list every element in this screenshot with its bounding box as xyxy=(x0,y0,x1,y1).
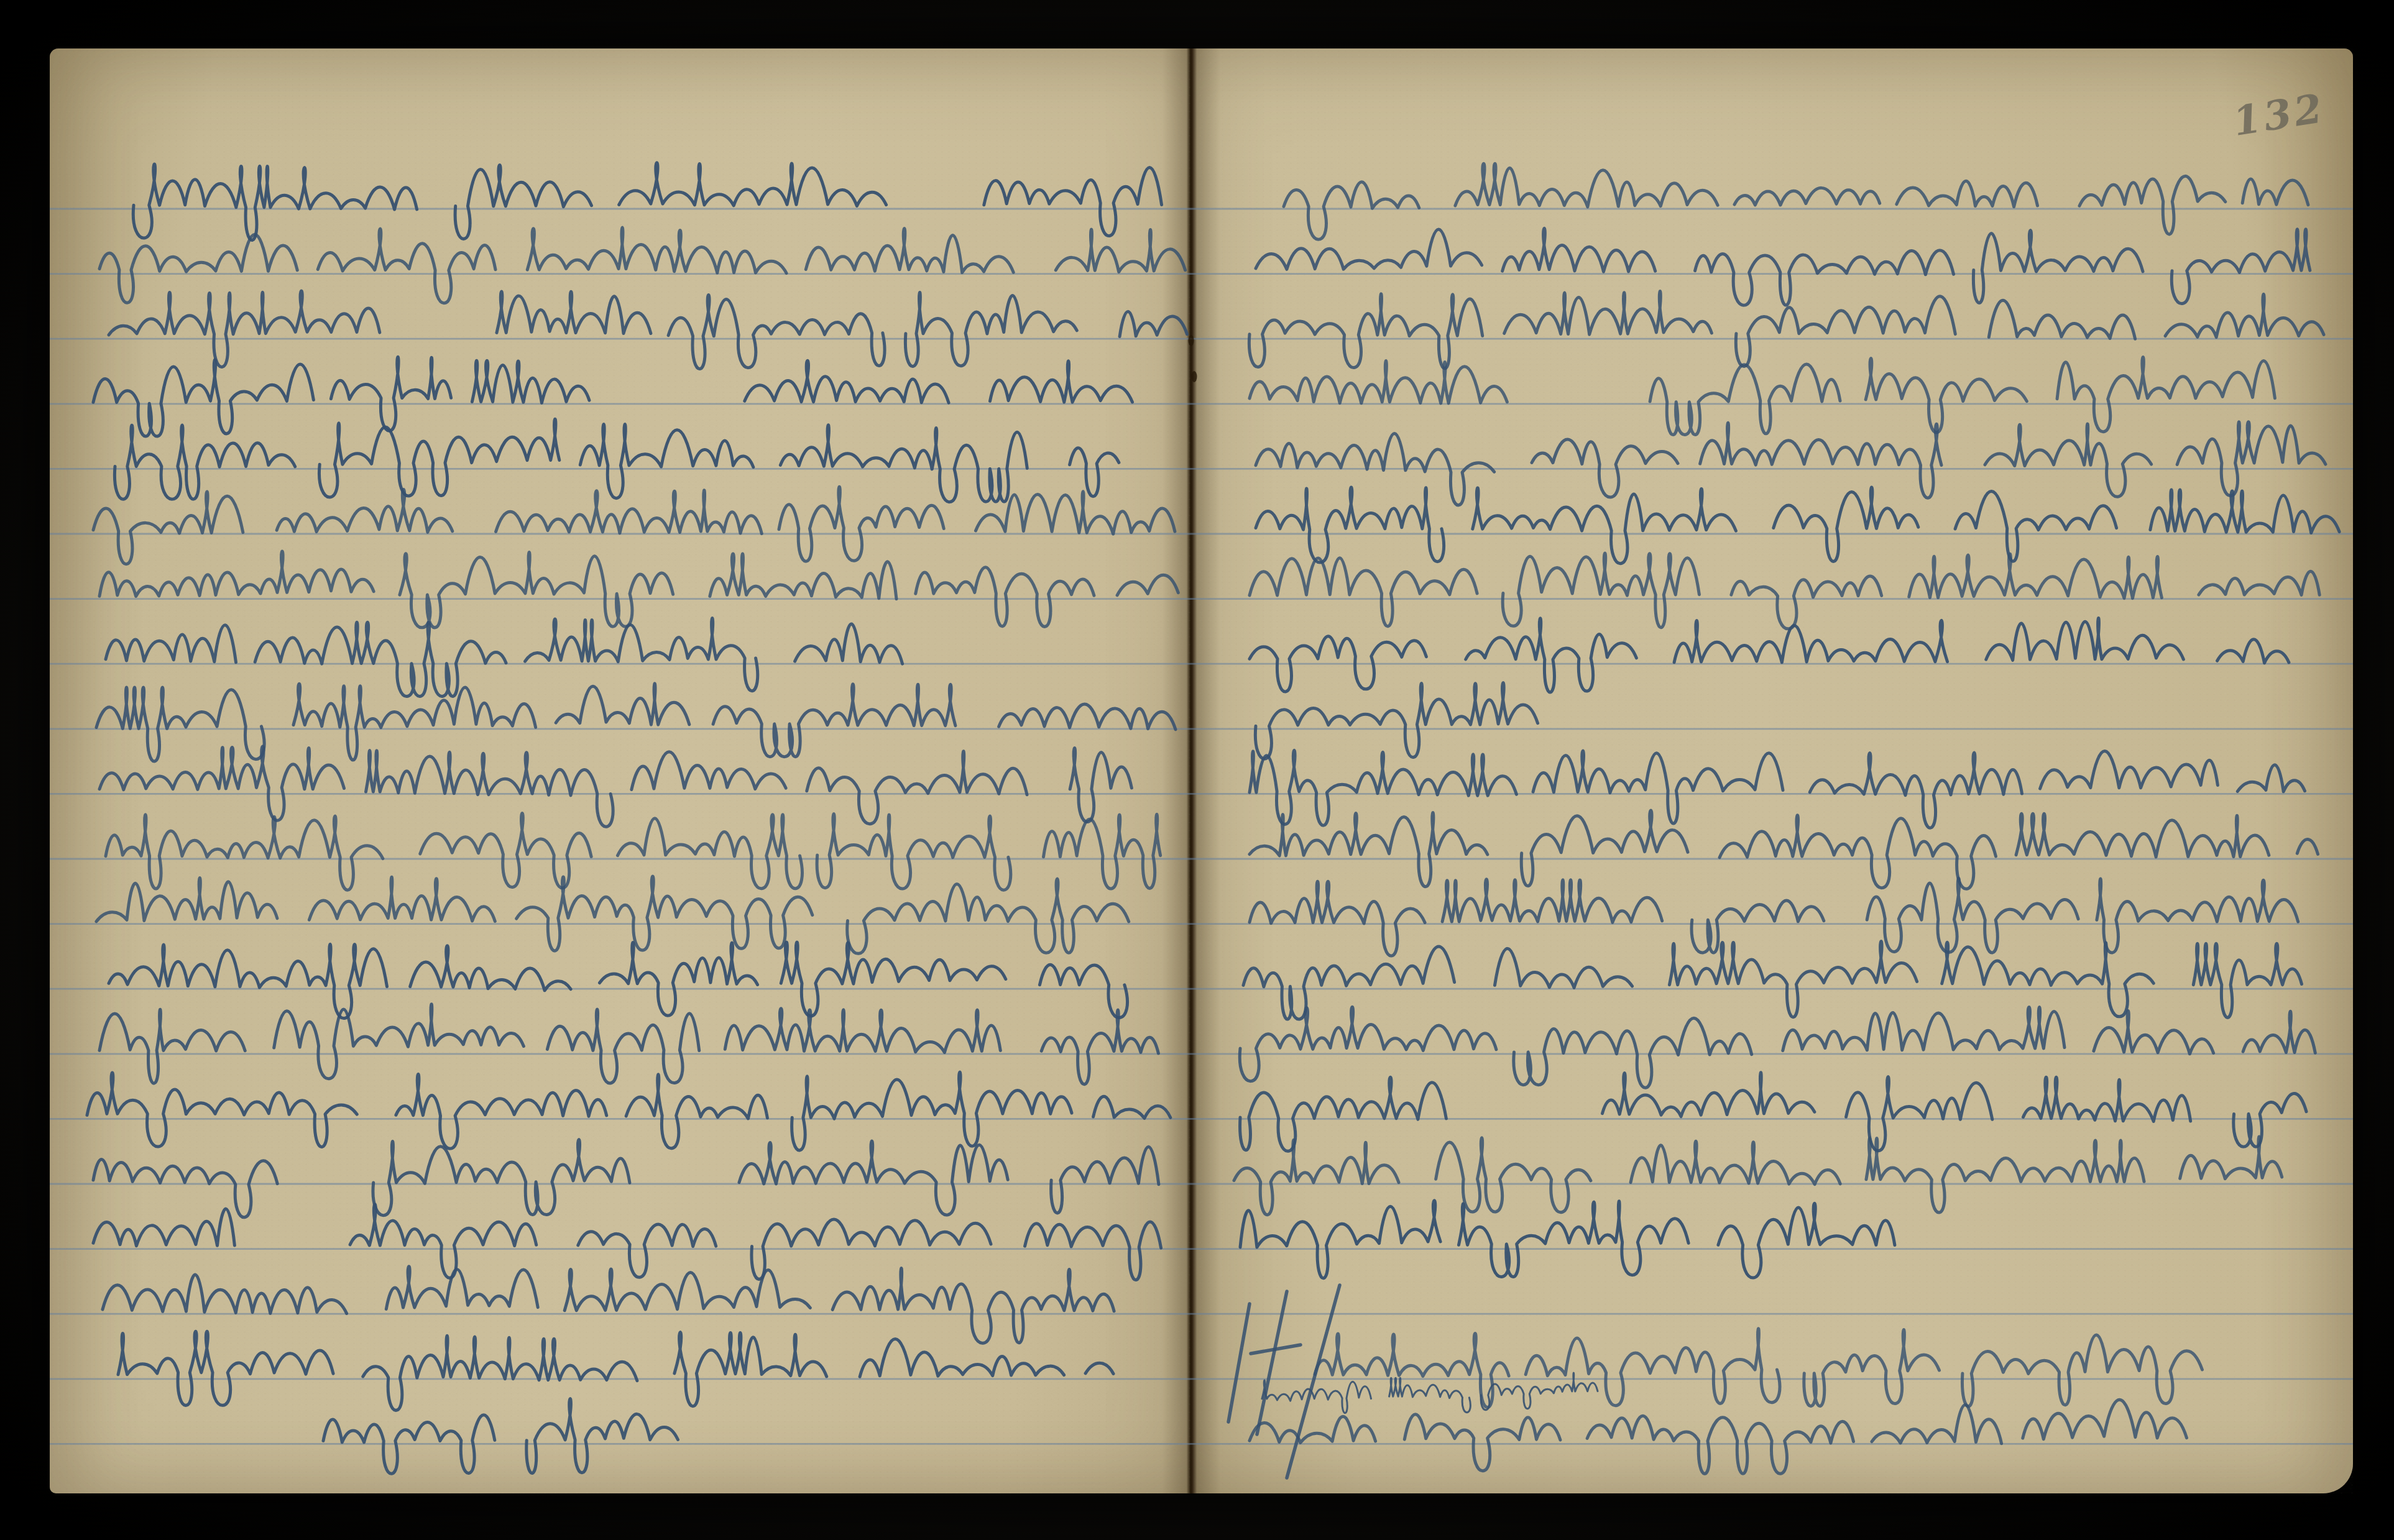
notebook-spread: 132 xyxy=(50,48,2353,1493)
scanned-notebook-photo: 132 xyxy=(0,0,2394,1540)
binding-stitch-holes xyxy=(1189,335,1197,382)
handwriting-right-page xyxy=(1234,163,2339,1474)
ink-layer xyxy=(50,48,2353,1493)
handwriting-left-page xyxy=(87,163,1187,1474)
